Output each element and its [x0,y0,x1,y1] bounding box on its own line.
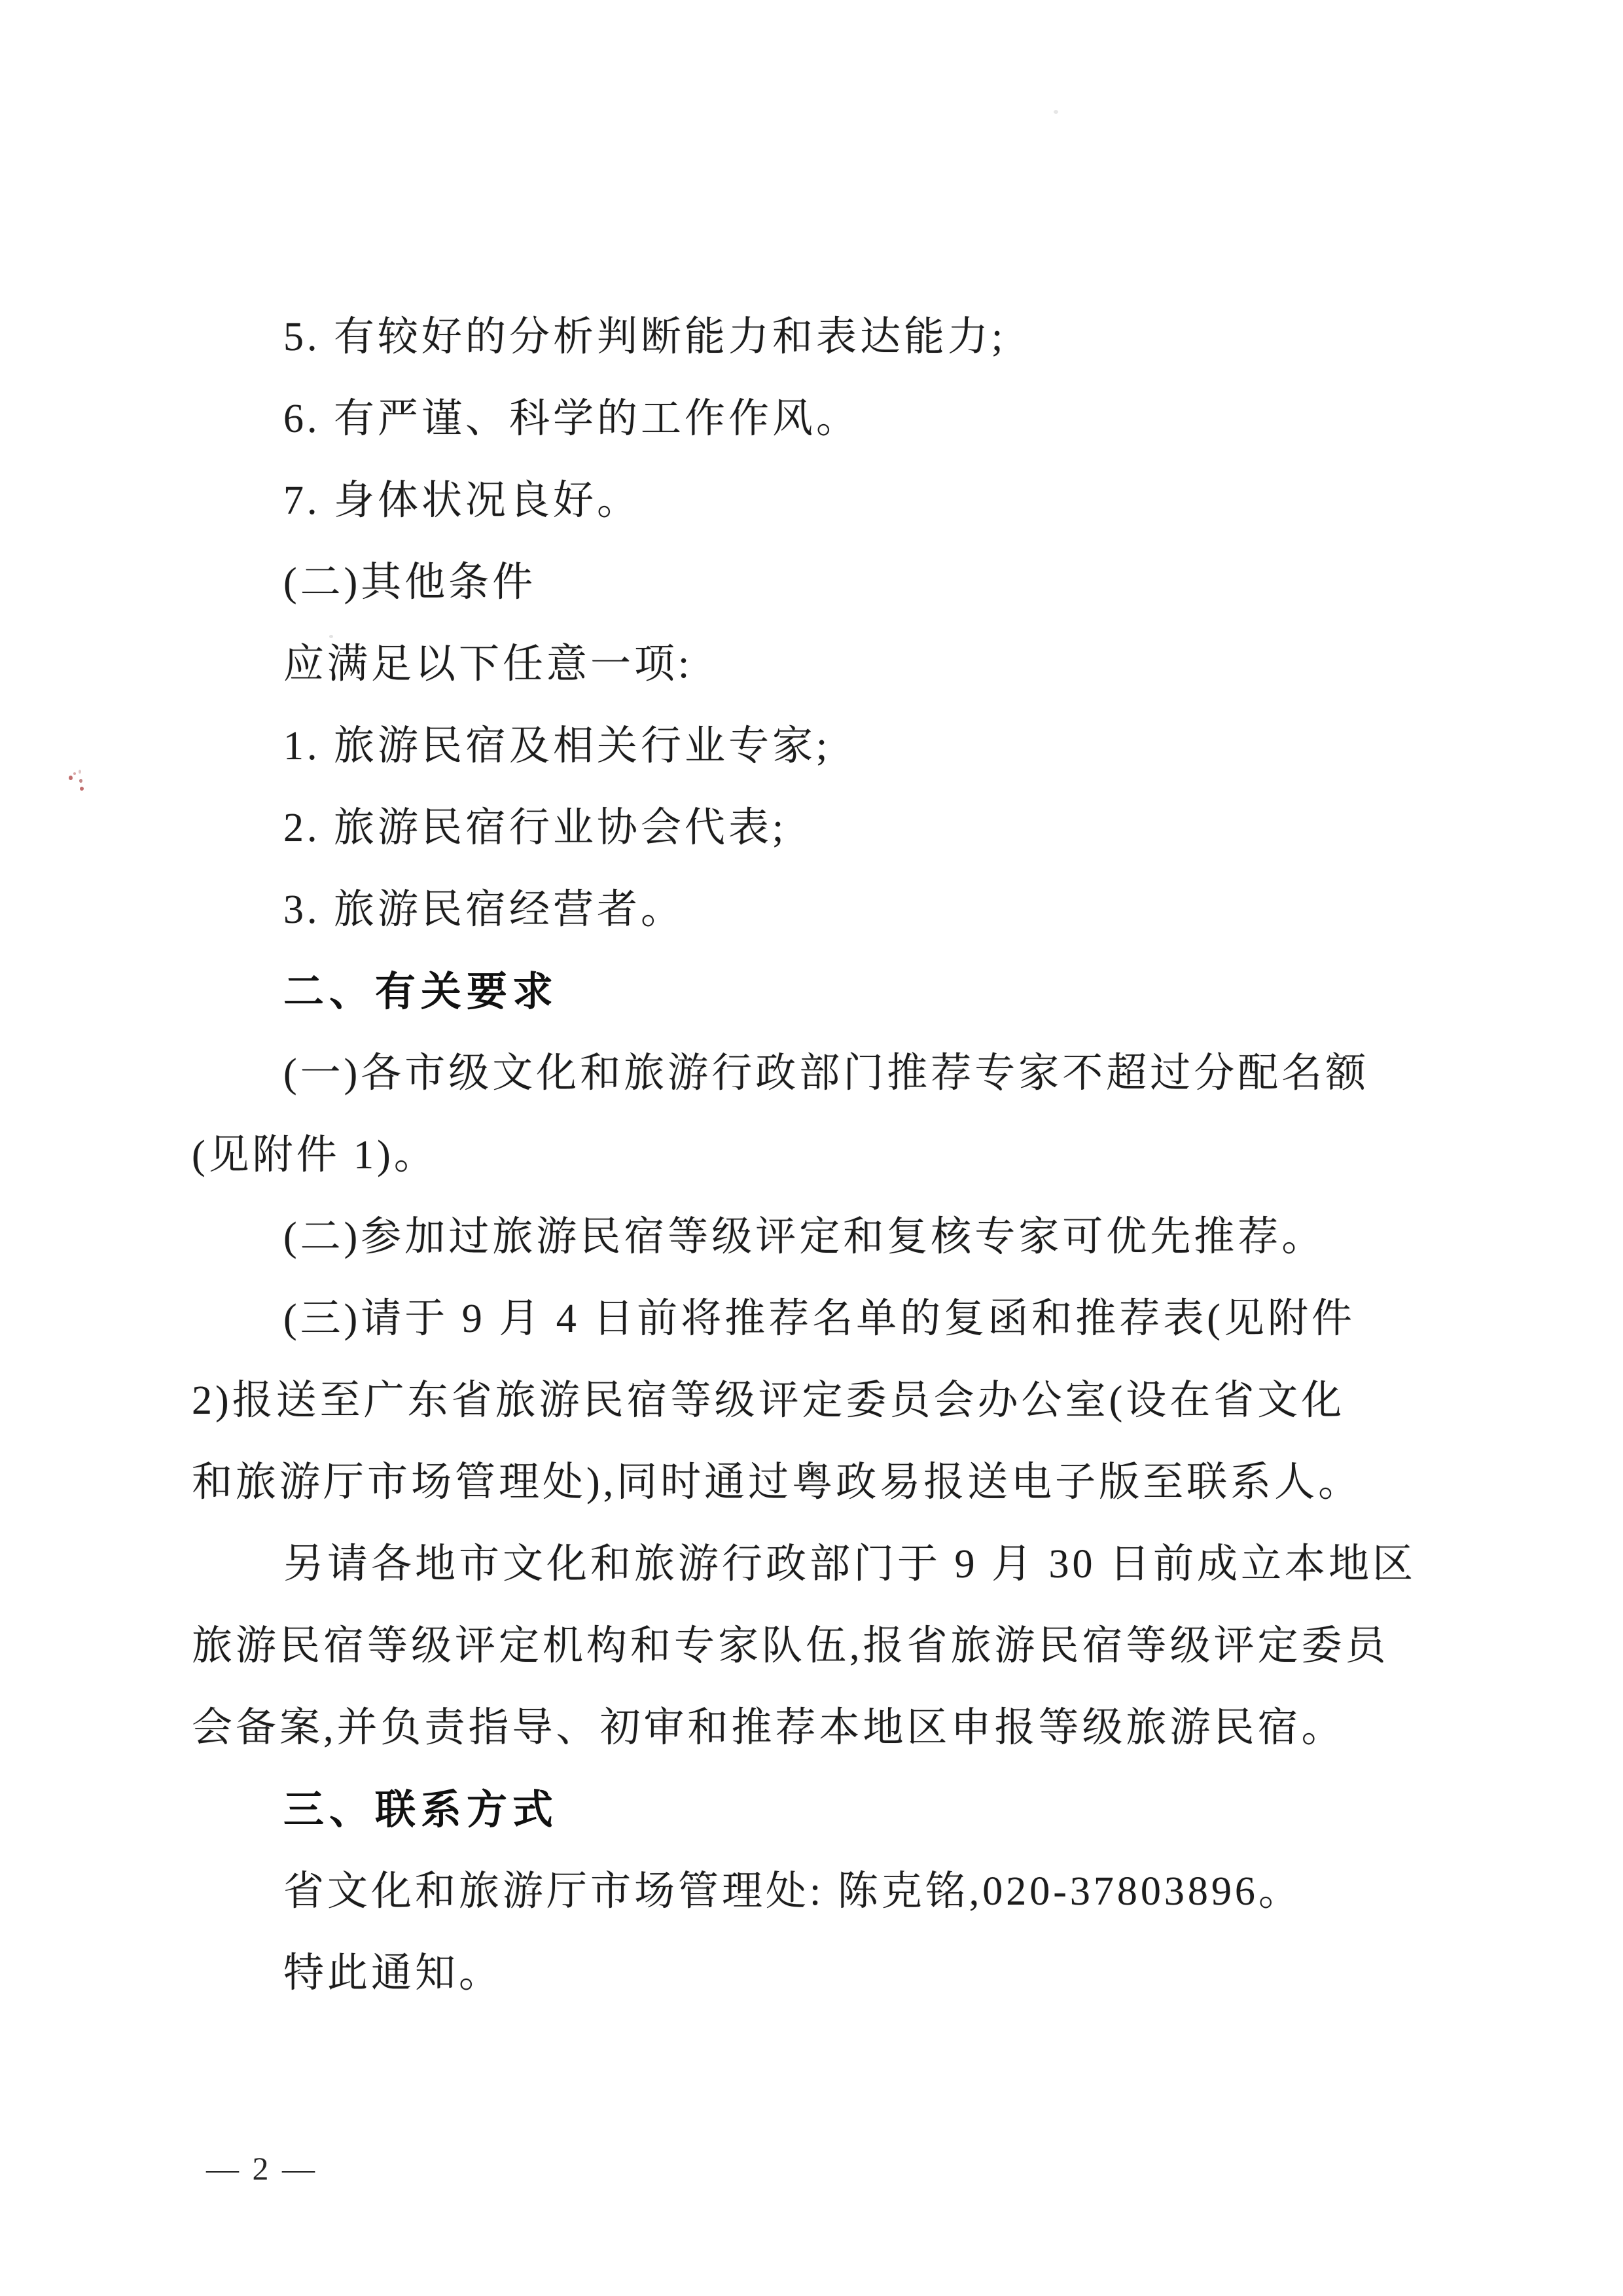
local-setup-para-line-1: 另请各地市文化和旅游行政部门于 9 月 30 日前成立本地区 [192,1524,1429,1605]
other-condition-item-3: 3. 旅游民宿经营者。 [192,869,1429,951]
section-heading-contact: 三、联系方式 [192,1769,1429,1851]
scan-speckle [73,772,76,775]
closing-notice-line: 特此通知。 [192,1933,1429,2015]
scan-speckle [80,787,84,791]
local-setup-para-line-3: 会备案,并负责指导、初审和推荐本地区申报等级旅游民宿。 [192,1687,1429,1769]
other-conditions-intro: 应满足以下任意一项: [192,624,1429,706]
requirement-3-line-1: (三)请于 9 月 4 日前将推荐名单的复函和推荐表(见附件 [192,1278,1429,1360]
scan-speckle [329,635,333,638]
section-heading-requirements: 二、有关要求 [192,951,1429,1033]
scan-speckle [69,776,73,780]
requirement-3-line-3: 和旅游厅市场管理处),同时通过粤政易报送电子版至联系人。 [192,1442,1429,1524]
other-condition-item-2: 2. 旅游民宿行业协会代表; [192,787,1429,869]
requirement-3-line-2: 2)报送至广东省旅游民宿等级评定委员会办公室(设在省文化 [192,1360,1429,1442]
scan-speckle [79,779,82,783]
requirement-1-line-2: (见附件 1)。 [192,1115,1429,1196]
qualification-item-7: 7. 身体状况良好。 [192,460,1429,542]
contact-info-line: 省文化和旅游厅市场管理处: 陈克铭,020-37803896。 [192,1851,1429,1933]
page-number: — 2 — [190,2132,334,2204]
requirement-2: (二)参加过旅游民宿等级评定和复核专家可优先推荐。 [192,1196,1429,1278]
qualification-item-5: 5. 有较好的分析判断能力和表达能力; [192,296,1429,378]
requirement-1-line-1: (一)各市级文化和旅游行政部门推荐专家不超过分配名额 [192,1033,1429,1115]
scan-speckle [79,770,81,774]
qualification-item-6: 6. 有严谨、科学的工作作风。 [192,378,1429,460]
scanned-notice-page: 5. 有较好的分析判断能力和表达能力; 6. 有严谨、科学的工作作风。 7. 身… [0,0,1623,2296]
document-body: 5. 有较好的分析判断能力和表达能力; 6. 有严谨、科学的工作作风。 7. 身… [192,296,1429,2015]
local-setup-para-line-2: 旅游民宿等级评定机构和专家队伍,报省旅游民宿等级评定委员 [192,1605,1429,1687]
scan-speckle [1054,110,1058,114]
other-condition-item-1: 1. 旅游民宿及相关行业专家; [192,706,1429,787]
subheading-other-conditions: (二)其他条件 [192,542,1429,624]
